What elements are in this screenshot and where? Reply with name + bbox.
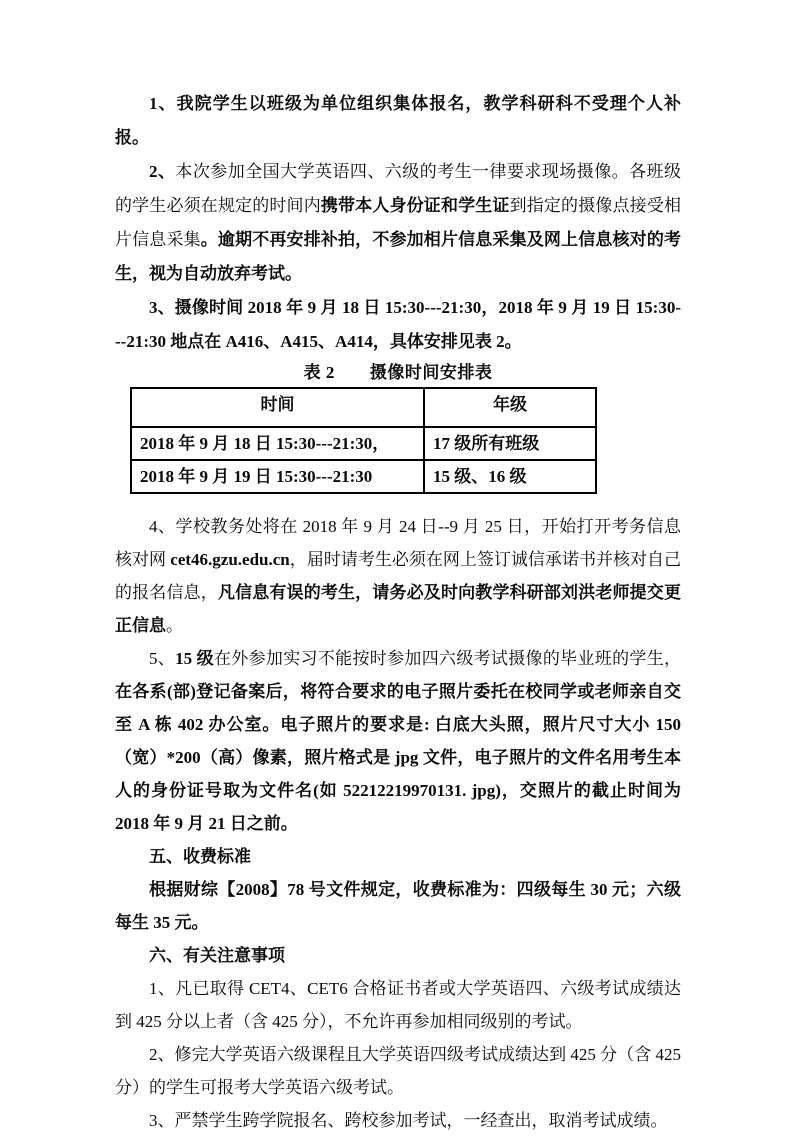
table-row: 2018 年 9 月 19 日 15:30---21:30 15 级、16 级	[131, 460, 596, 493]
lower-sections: 4、学校教务处将在 2018 年 9 月 24 日--9 月 25 日，开始打开…	[115, 510, 681, 1137]
paragraph-4: 4、学校教务处将在 2018 年 9 月 24 日--9 月 25 日，开始打开…	[115, 510, 681, 642]
text-run: 3、摄像时间 2018 年 9 月 18 日 15:30---21:30，201…	[115, 298, 681, 351]
table-cell-grade: 15 级、16 级	[424, 460, 596, 493]
heading-notes: 六、有关注意事项	[115, 939, 681, 972]
table-header-row: 时间 年级	[131, 388, 596, 427]
text-run: 在各系(部)登记备案后，将符合要求的电子照片委托在校同学或老师亲自交至 A 栋 …	[115, 682, 681, 833]
text-run: 15 级	[175, 649, 214, 668]
table-caption: 表 2 摄像时间安排表	[115, 359, 681, 387]
text-run: 5、	[149, 649, 175, 668]
paragraph-fees: 根据财综【2008】78 号文件规定，收费标准为：四级每生 30 元；六级每生 …	[115, 873, 681, 939]
text-run: 。逾期不再安排补拍，不参加相片信息采集及网上信息核对的考生，视为自动放弃考试。	[115, 230, 681, 283]
paragraph-1: 1、我院学生以班级为单位组织集体报名，教学科研科不受理个人补报。	[115, 87, 681, 155]
paragraph-3: 3、摄像时间 2018 年 9 月 18 日 15:30---21:30，201…	[115, 291, 681, 359]
text-run: 在外参加实习不能按时参加四六级考试摄像的毕业班的学生，	[214, 649, 681, 668]
photo-schedule-table: 时间 年级 2018 年 9 月 18 日 15:30---21:30， 17 …	[130, 387, 597, 494]
text-run: 2、	[149, 162, 175, 181]
notice-body: 1、我院学生以班级为单位组织集体报名，教学科研科不受理个人补报。 2、本次参加全…	[115, 87, 681, 1137]
text-run: 1、我院学生以班级为单位组织集体报名，教学科研科不受理个人补报。	[115, 94, 681, 147]
document-page: { "colors": { "text": "#0a0a0a", "backgr…	[0, 0, 793, 1122]
text-run: 。	[166, 616, 183, 635]
paragraph-5: 5、15 级在外参加实习不能按时参加四六级考试摄像的毕业班的学生，在各系(部)登…	[115, 642, 681, 840]
note-1: 1、凡已取得 CET4、CET6 合格证书者或大学英语四、六级考试成绩达到 42…	[115, 972, 681, 1038]
text-run: cet46.gzu.edu.cn	[170, 550, 289, 569]
table-header-grade: 年级	[424, 388, 596, 427]
paragraph-2: 2、本次参加全国大学英语四、六级的考生一律要求现场摄像。各班级的学生必须在规定的…	[115, 155, 681, 291]
text-run: 携带本人身份证和学生证	[321, 196, 510, 215]
heading-fees: 五、收费标准	[115, 840, 681, 873]
table-header-time: 时间	[131, 388, 424, 427]
table-cell-time: 2018 年 9 月 19 日 15:30---21:30	[131, 460, 424, 493]
table-cell-time: 2018 年 9 月 18 日 15:30---21:30，	[131, 427, 424, 460]
table-cell-grade: 17 级所有班级	[424, 427, 596, 460]
table-row: 2018 年 9 月 18 日 15:30---21:30， 17 级所有班级	[131, 427, 596, 460]
note-2: 2、修完大学英语六级课程且大学英语四级考试成绩达到 425 分（含 425 分）…	[115, 1038, 681, 1104]
note-3: 3、严禁学生跨学院报名、跨校参加考试，一经查出，取消考试成绩。	[115, 1104, 681, 1137]
